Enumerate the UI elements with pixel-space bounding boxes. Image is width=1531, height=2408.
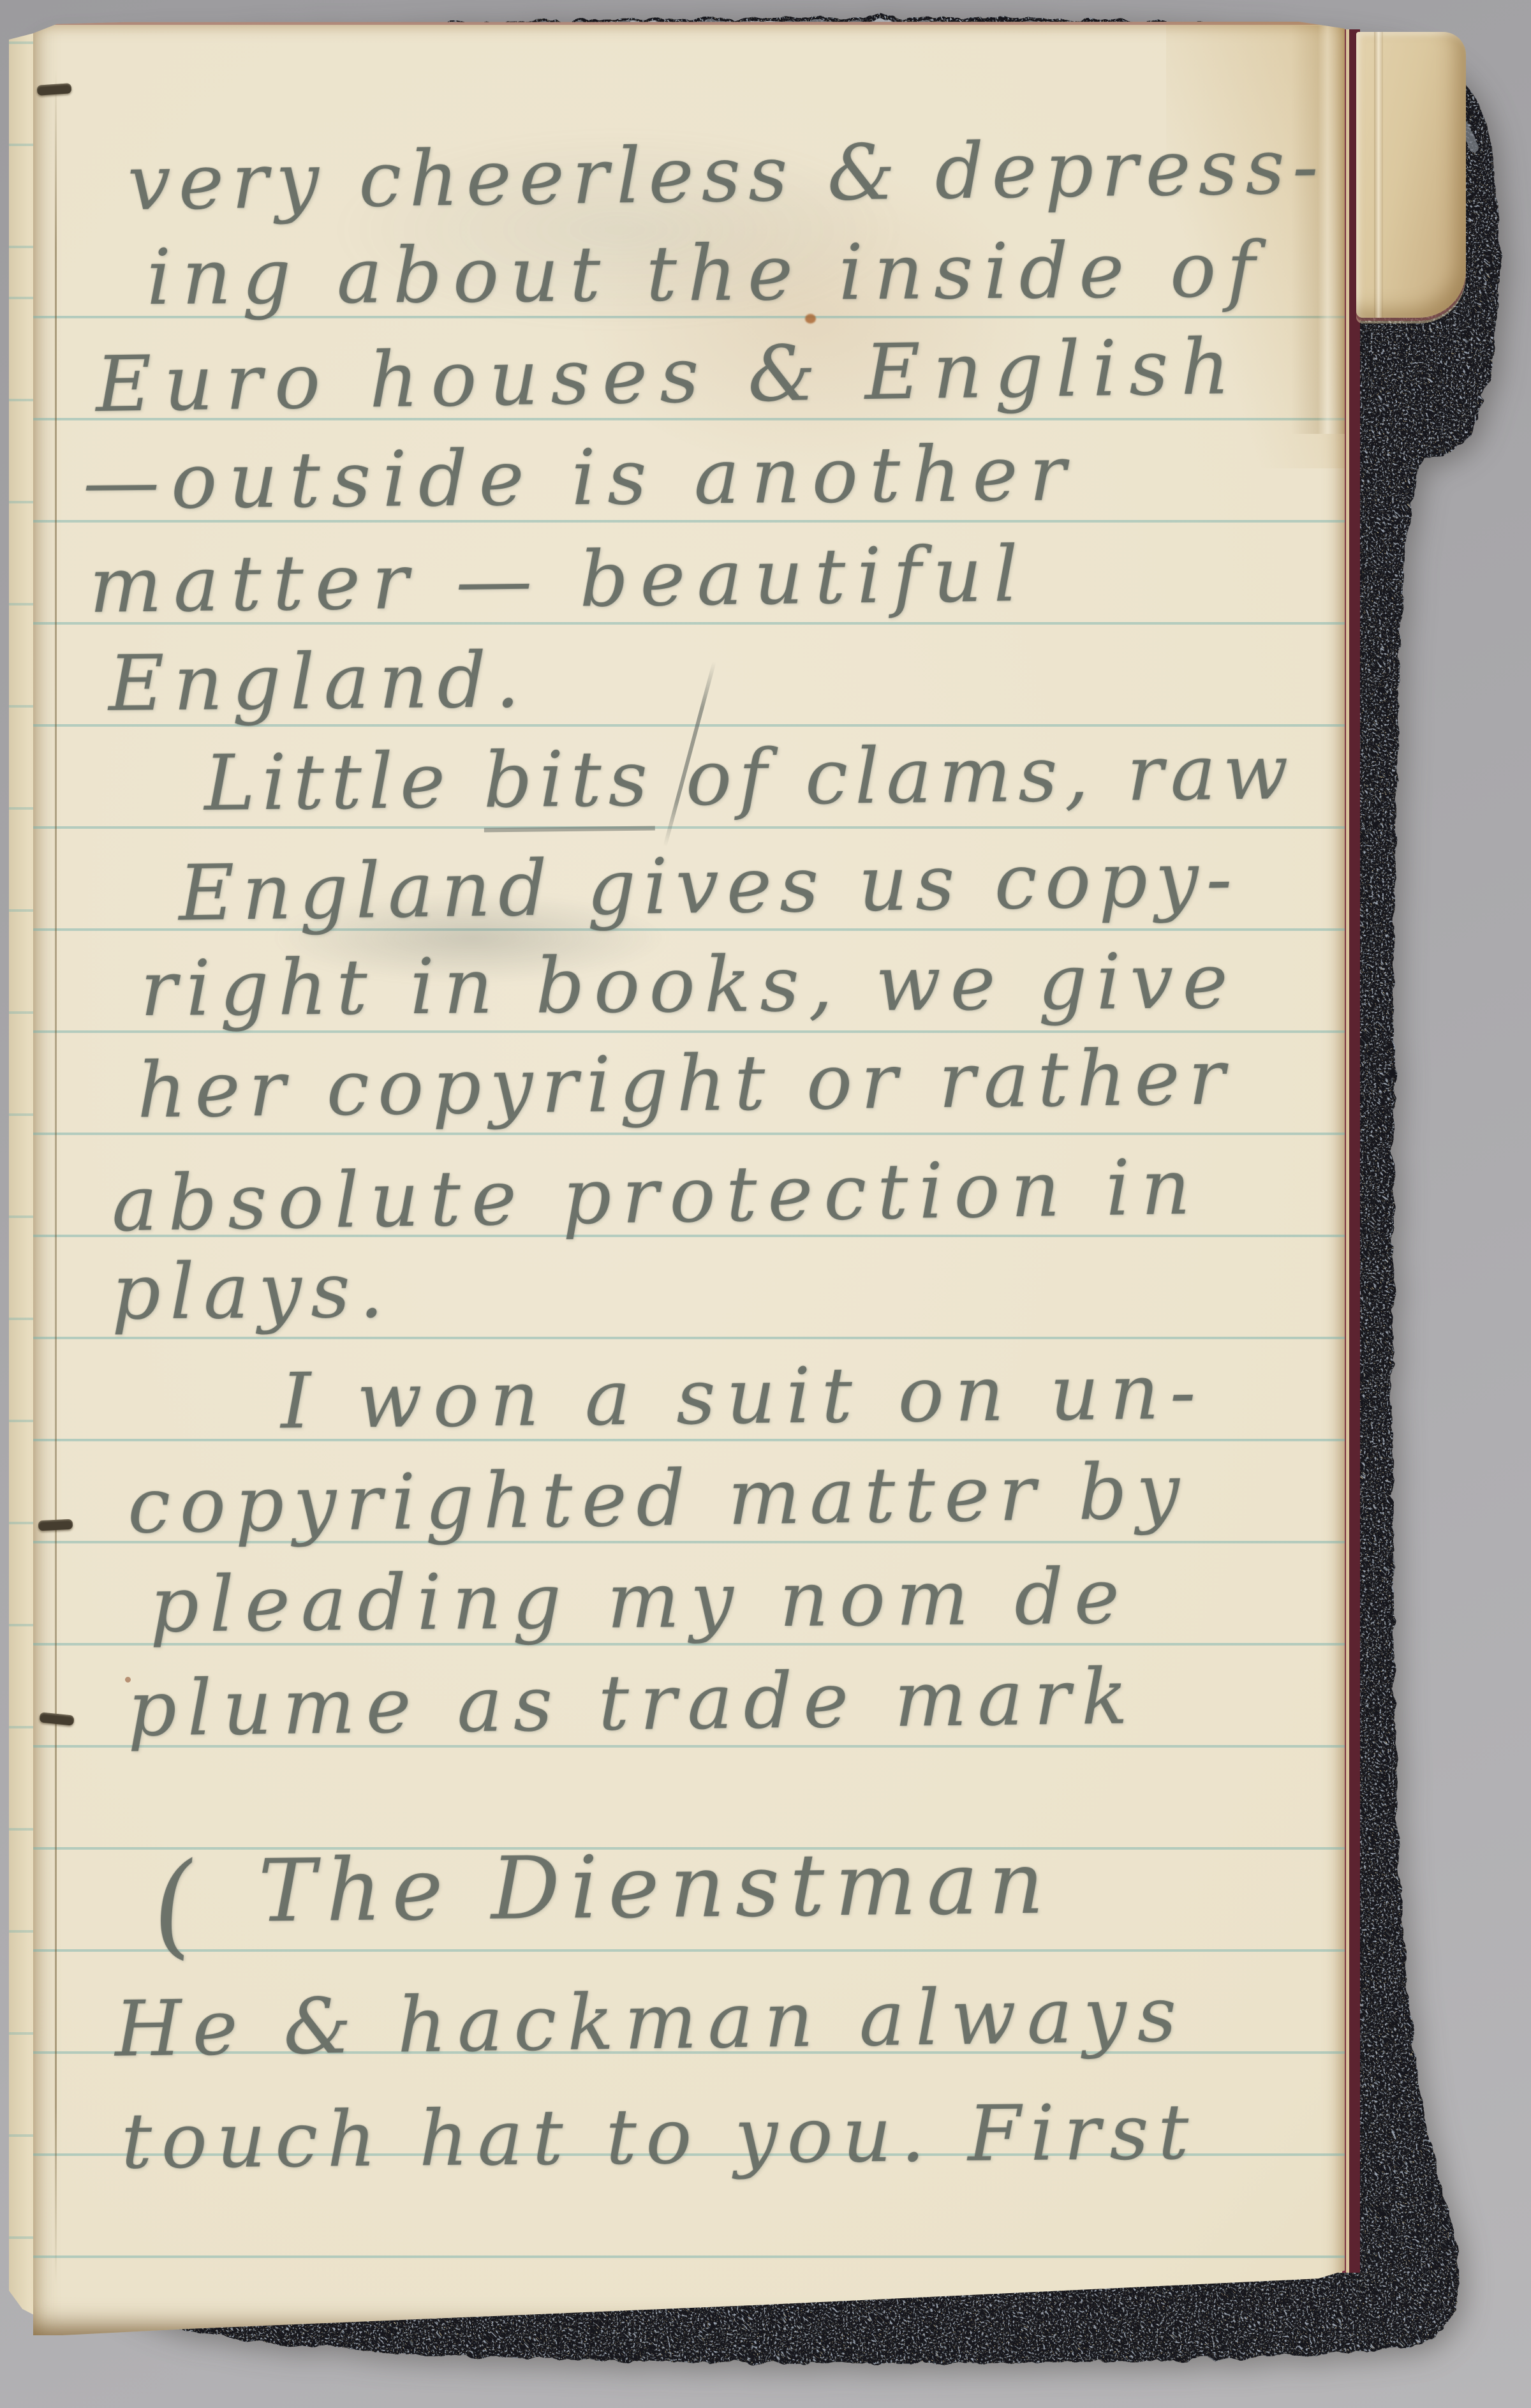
handwriting-line-14: copyrighted matter by <box>127 1453 1189 1545</box>
handwriting-line-5: matter — beautiful <box>89 537 1030 625</box>
handwriting-line-7: Little bits of clams, raw <box>203 734 1296 822</box>
handwriting-line-8: England gives us copy- <box>178 841 1240 932</box>
binding-stitch <box>38 1519 73 1531</box>
handwriting-line-10: her copyright or rather <box>137 1040 1234 1130</box>
handwriting-line-13: I won a suit on un- <box>280 1354 1206 1440</box>
handwriting-line-16: plume as trade mark <box>127 1659 1139 1748</box>
handwriting-line-2: ing about the inside of <box>147 232 1266 316</box>
underlined-word: bits <box>483 735 655 833</box>
line-7-end: of clams, raw <box>654 728 1296 824</box>
handwriting-line-18: He & hackman always <box>114 1977 1188 2068</box>
handwriting-line-9: right in books, we give <box>140 944 1238 1028</box>
handwriting-line-3: Euro houses & English <box>95 329 1243 424</box>
handwriting-line-17: The Dienstman <box>258 1839 1054 1934</box>
handwriting-line-15: pleading my nom de <box>150 1559 1131 1644</box>
handwriting-line-4: —outside is another <box>83 436 1078 521</box>
handwriting-line-12: plays. <box>112 1252 393 1331</box>
folded-page-corner <box>1356 32 1466 318</box>
handwriting-line-6: England. <box>108 643 529 723</box>
line-7-start: Little <box>203 736 484 828</box>
photograph-of-notebook-page: { "document": { "kind": "Handwritten not… <box>0 0 1531 2408</box>
binding-crease <box>55 70 57 2284</box>
handwriting-line-1: very cheerless & depress- <box>127 129 1326 222</box>
handwriting-line-19: touch hat to you. First <box>121 2095 1199 2181</box>
handwriting-line-11: absolute protection in <box>111 1150 1201 1244</box>
